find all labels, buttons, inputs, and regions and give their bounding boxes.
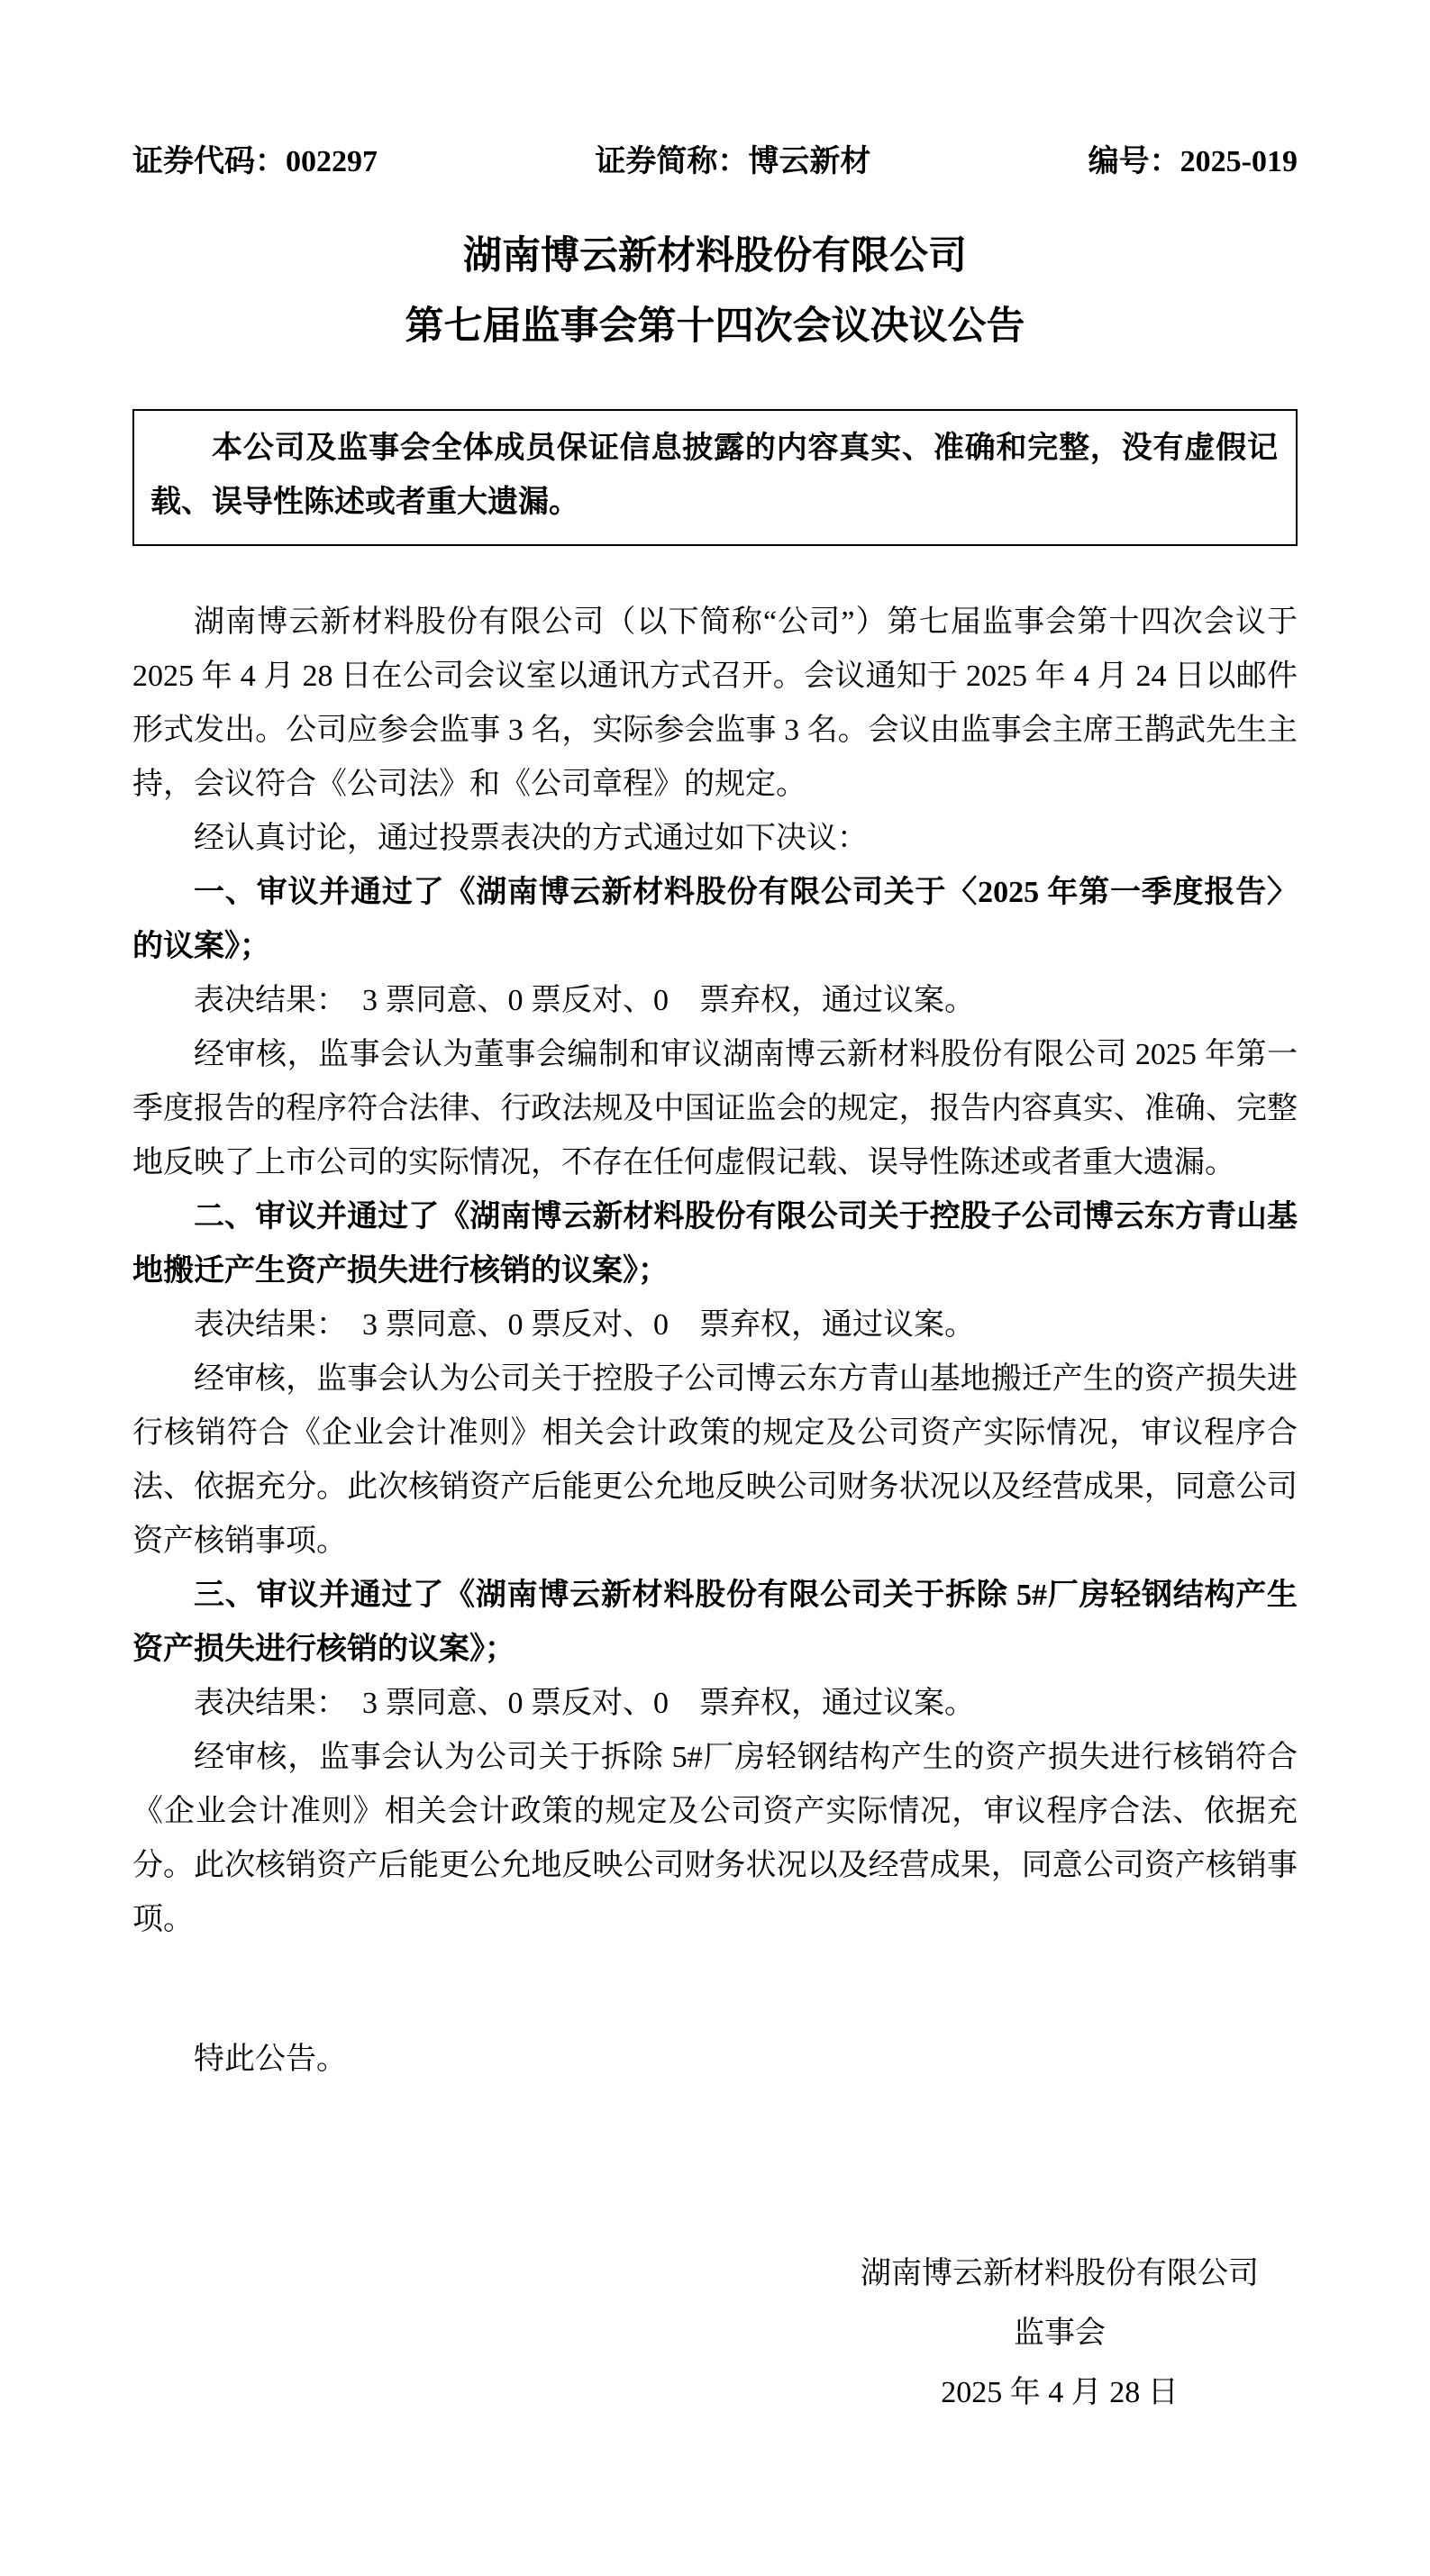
signature-department: 监事会 — [861, 2304, 1259, 2363]
page-title: 湖南博云新材料股份有限公司 — [132, 234, 1298, 279]
disclaimer-text: 本公司及监事会全体成员保证信息披露的内容真实、准确和完整，没有虚假记载、误导性陈… — [150, 422, 1278, 530]
body-paragraph-meeting-info: 湖南博云新材料股份有限公司（以下简称“公司”）第七届监事会第十四次会议于 202… — [132, 596, 1298, 812]
signature-company: 湖南博云新材料股份有限公司 — [861, 2244, 1259, 2304]
signature-date: 2025 年 4 月 28 日 — [861, 2363, 1259, 2423]
resolution-1-heading: 一、审议并通过了《湖南博云新材料股份有限公司关于〈2025 年第一季度报告〉的议… — [132, 866, 1298, 974]
resolution-3-vote-result: 表决结果： 3 票同意、0 票反对、0 票弃权，通过议案。 — [132, 1677, 1298, 1731]
page-subtitle: 第七届监事会第十四次会议决议公告 — [132, 305, 1298, 350]
resolution-3-heading: 三、审议并通过了《湖南博云新材料股份有限公司关于拆除 5#厂房轻钢结构产生资产损… — [132, 1569, 1298, 1677]
closing-statement: 特此公告。 — [132, 2033, 1298, 2087]
resolution-1-vote-result: 表决结果： 3 票同意、0 票反对、0 票弃权，通过议案。 — [132, 974, 1298, 1028]
doc-header: 证券代码：002297 证券简称：博云新材 编号：2025-019 — [132, 144, 1298, 180]
resolution-2-vote-result: 表决结果： 3 票同意、0 票反对、0 票弃权，通过议案。 — [132, 1298, 1298, 1352]
stock-abbr-label: 证券简称：博云新材 — [595, 144, 870, 180]
resolution-2-opinion: 经审核，监事会认为公司关于控股子公司博云东方青山基地搬迁产生的资产损失进行核销符… — [132, 1352, 1298, 1569]
doc-number-label: 编号：2025-019 — [1088, 144, 1298, 180]
announcement-page: 证券代码：002297 证券简称：博云新材 编号：2025-019 湖南博云新材… — [0, 0, 1430, 2576]
stock-code-label: 证券代码：002297 — [132, 144, 378, 180]
resolution-3-opinion: 经审核，监事会认为公司关于拆除 5#厂房轻钢结构产生的资产损失进行核销符合《企业… — [132, 1731, 1298, 1947]
resolution-1-opinion: 经审核，监事会认为董事会编制和审议湖南博云新材料股份有限公司 2025 年第一季… — [132, 1028, 1298, 1190]
body-paragraph-resolution-intro: 经认真讨论，通过投票表决的方式通过如下决议： — [132, 812, 1298, 866]
disclaimer-box: 本公司及监事会全体成员保证信息披露的内容真实、准确和完整，没有虚假记载、误导性陈… — [132, 409, 1298, 546]
resolution-2-heading: 二、审议并通过了《湖南博云新材料股份有限公司关于控股子公司博云东方青山基地搬迁产… — [132, 1190, 1298, 1298]
signature-block: 湖南博云新材料股份有限公司 监事会 2025 年 4 月 28 日 — [861, 2244, 1259, 2423]
